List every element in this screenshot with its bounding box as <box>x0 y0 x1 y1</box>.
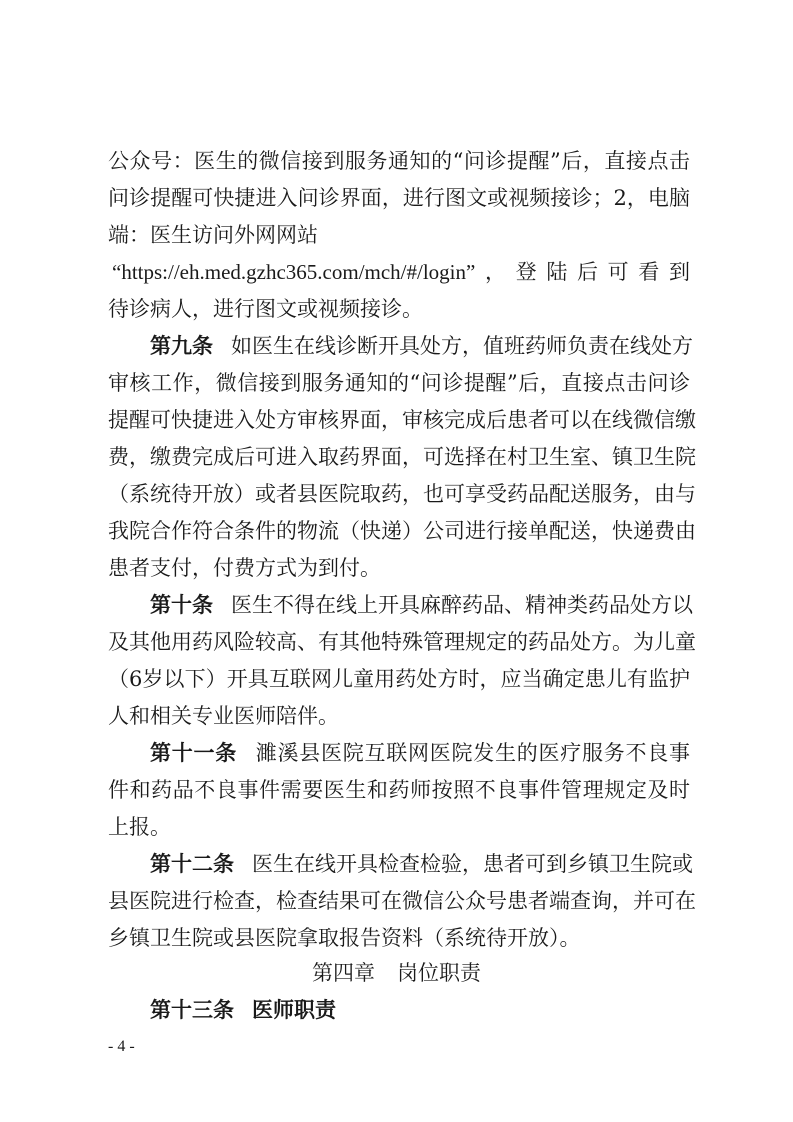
paragraph-line: 问诊提醒可快捷进入问诊界面，进行图文或视频接诊；2，电脑 <box>108 183 690 213</box>
paragraph-line: 县医院进行检查，检查结果可在微信公众号患者端查询，并可在 <box>108 886 690 916</box>
article-9-heading: 第九条 <box>150 334 213 358</box>
paragraph-line: 件和药品不良事件需要医生和药师按照不良事件管理规定及时 <box>108 775 690 805</box>
paragraph-line: 端：医生访问外网网站 <box>108 220 690 250</box>
paragraph-line: 人和相关专业医师陪伴。 <box>108 701 690 731</box>
chapter-heading: 第四章岗位职责 <box>0 958 793 988</box>
article-10-first-line: 第十条医生不得在线上开具麻醉药品、精神类药品处方以 <box>150 590 690 620</box>
url-line: “https://eh.med.gzhc365.com/mch/#/login”… <box>112 257 690 287</box>
chapter-number: 第四章 <box>312 961 375 985</box>
paragraph-line: 乡镇卫生院或县医院拿取报告资料（系统待开放）。 <box>108 923 690 953</box>
paragraph-line: 费，缴费完成后可进入取药界面，可选择在村卫生室、镇卫生院 <box>108 442 690 472</box>
paragraph-line: 患者支付，付费方式为到付。 <box>108 553 690 583</box>
article-13-heading: 第十三条 <box>150 998 234 1022</box>
article-12-heading: 第十二条 <box>150 852 234 876</box>
article-9-first-line: 第九条如医生在线诊断开具处方，值班药师负责在线处方 <box>150 331 690 361</box>
article-11-heading: 第十一条 <box>150 741 237 765</box>
chapter-title: 岗位职责 <box>397 961 481 985</box>
paragraph-line: （6岁以下）开具互联网儿童用药处方时，应当确定患儿有监护 <box>108 664 690 694</box>
paragraph-line: 上报。 <box>108 812 690 842</box>
article-12-first-line: 第十二条医生在线开具检查检验，患者可到乡镇卫生院或 <box>150 849 690 879</box>
paragraph-line: 公众号：医生的微信接到服务通知的“问诊提醒”后，直接点击 <box>108 146 690 176</box>
article-10-heading: 第十条 <box>150 593 213 617</box>
article-11-first-line: 第十一条濉溪县医院互联网医院发生的医疗服务不良事 <box>150 738 690 768</box>
paragraph-line: 提醒可快捷进入处方审核界面，审核完成后患者可以在线微信缴 <box>108 405 690 435</box>
paragraph-line: 及其他用药风险较高、有其他特殊管理规定的药品处方。为儿童 <box>108 627 690 657</box>
paragraph-line: 审核工作，微信接到服务通知的“问诊提醒”后，直接点击问诊 <box>108 368 690 398</box>
article-13-title: 医师职责 <box>252 998 336 1022</box>
article-13-heading-line: 第十三条医师职责 <box>150 995 690 1025</box>
paragraph-line: 待诊病人，进行图文或视频接诊。 <box>108 294 690 324</box>
paragraph-line: （系统待开放）或者县医院取药，也可享受药品配送服务，由与 <box>108 479 690 509</box>
page-number: - 4 - <box>108 1037 135 1057</box>
paragraph-line: 我院合作符合条件的物流（快递）公司进行接单配送，快递费由 <box>108 516 690 546</box>
